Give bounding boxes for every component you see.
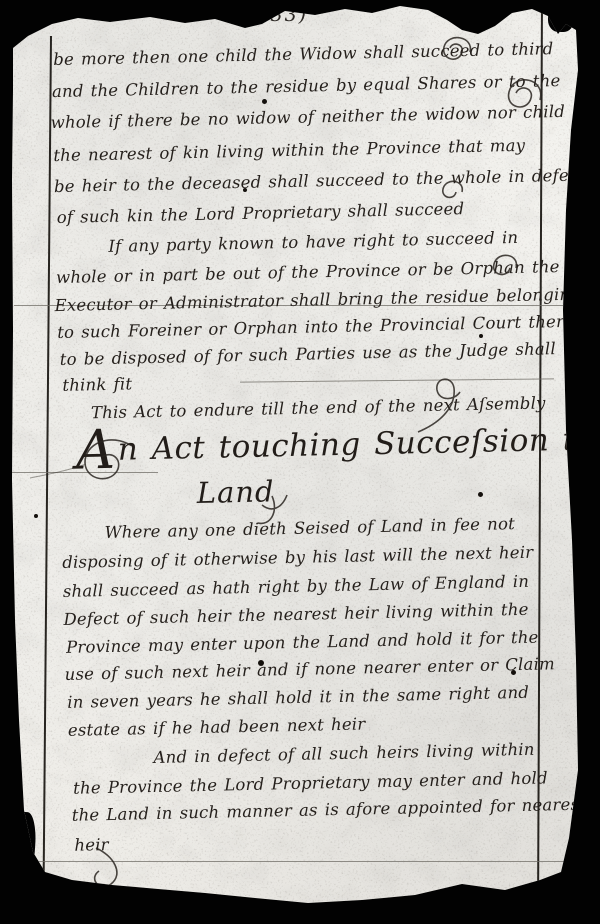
manuscript-line: Where any one dieth Seised of Land in fe… xyxy=(104,514,515,543)
ink-speck xyxy=(243,188,247,192)
manuscript-line: estate as if he had been next heir xyxy=(68,714,366,740)
act-heading-line2: Land xyxy=(196,477,274,508)
manuscript-line: Defect of such heir the nearest heir liv… xyxy=(63,600,529,630)
manuscript-line: Executor or Administrator shall bring th… xyxy=(54,285,581,316)
manuscript-line: use of such next heir and if none nearer… xyxy=(64,654,555,684)
manuscript-line: and the Children to the residue by equal… xyxy=(52,71,561,102)
manuscript-line: Province may enter upon the Land and hol… xyxy=(66,628,539,658)
manuscript-line: the Province the Lord Proprietary may en… xyxy=(73,768,548,798)
manuscript-line: whole or in part be out of the Province … xyxy=(56,257,560,288)
manuscript-line: This Act to endure till the end of the n… xyxy=(91,393,546,423)
ink-speck xyxy=(564,345,569,352)
manuscript-line: If any party known to have right to succ… xyxy=(108,228,518,257)
ink-speck xyxy=(479,334,483,338)
manuscript-page: (233) be more then one child the Widow s… xyxy=(0,0,600,924)
manuscript-line: to such Foreiner or Orphan into the Prov… xyxy=(57,312,574,343)
ink-speck xyxy=(262,99,267,104)
manuscript-line: be more then one child the Widow shall s… xyxy=(53,39,554,70)
manuscript-line: shall succeed as hath right by the Law o… xyxy=(63,572,530,602)
manuscript-line: And in defect of all such heirs living w… xyxy=(153,740,535,768)
manuscript-line: the nearest of kin living within the Pro… xyxy=(53,136,525,166)
manuscript-line: of such kin the Lord Proprietary shall s… xyxy=(57,199,465,228)
manuscript-line: think fit xyxy=(62,374,132,395)
manuscript-line: whole if there be no widow of neither th… xyxy=(50,102,565,133)
scanned-manuscript: (233) be more then one child the Widow s… xyxy=(0,0,600,924)
manuscript-line: the Land in such manner as is afore appo… xyxy=(72,795,587,826)
ink-speck xyxy=(478,492,483,497)
manuscript-line: to be disposed of for such Parties use a… xyxy=(60,339,556,370)
ink-speck xyxy=(34,514,38,518)
ink-speck xyxy=(0,0,3,3)
manuscript-line: be heir to the deceased shall succeed to… xyxy=(54,165,585,196)
manuscript-line: heir xyxy=(74,835,109,856)
ink-speck xyxy=(258,660,264,666)
manuscript-line: disposing of it otherwise by his last wi… xyxy=(62,543,533,573)
handwritten-text-block: be more then one child the Widow shall s… xyxy=(0,0,600,924)
scan-shadow-blob xyxy=(548,2,574,32)
heading-ornate-initial: A xyxy=(75,423,115,478)
act-heading-line1: n Act touching Succeſsion to xyxy=(117,424,595,465)
manuscript-line: in seven years he shall hold it in the s… xyxy=(67,683,529,713)
scan-shadow-blob xyxy=(11,811,38,884)
ink-speck xyxy=(511,670,516,675)
